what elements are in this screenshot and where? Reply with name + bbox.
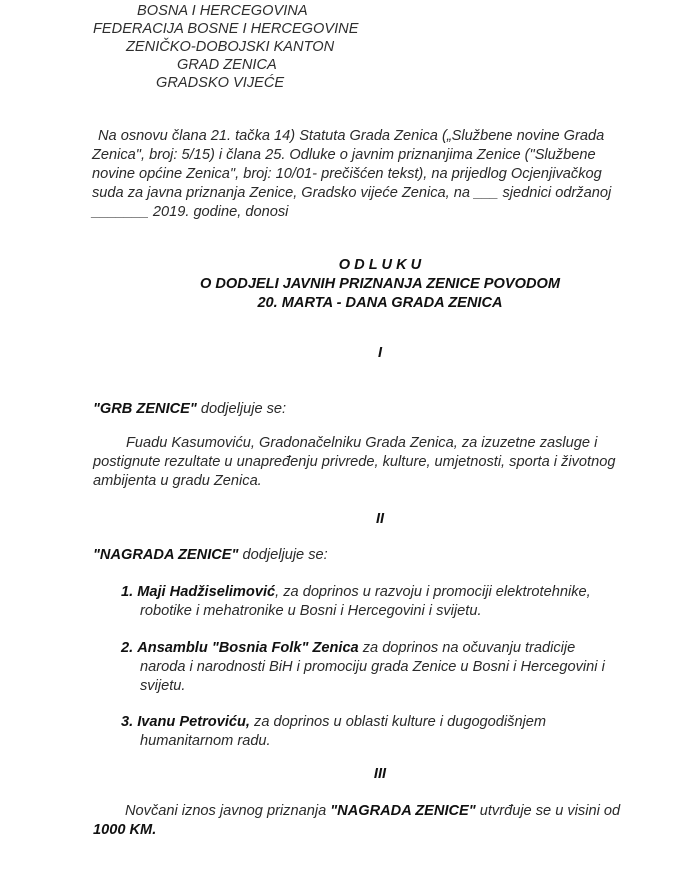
list-number: 3. bbox=[121, 714, 133, 730]
recipient-name: Ivanu Petroviću, bbox=[137, 714, 250, 730]
list-number: 2. bbox=[121, 640, 133, 656]
section-numeral: II bbox=[0, 511, 695, 527]
list-item-line: svijetu. bbox=[140, 677, 185, 696]
list-item-line: naroda i narodnosti BiH i promociju grad… bbox=[140, 658, 605, 677]
section-numeral: III bbox=[0, 766, 695, 782]
award-name: "GRB ZENICE" bbox=[93, 401, 197, 417]
list-item-line: humanitarnom radu. bbox=[140, 732, 271, 751]
award-heading: "GRB ZENICE" dodjeljuje se: bbox=[93, 400, 286, 419]
preamble-line: Na osnovu člana 21. tačka 14) Statuta Gr… bbox=[98, 127, 604, 146]
recipient-reason: , za doprinos u razvoju i promociji elek… bbox=[275, 584, 591, 600]
header-line-council: GRADSKO VIJEĆE bbox=[156, 74, 284, 93]
amount-text-before: Novčani iznos javnog priznanja bbox=[125, 803, 330, 819]
recipient-reason: za doprinos u oblasti kulture i dugogodi… bbox=[250, 714, 546, 730]
list-item-first-line: 1. Maji Hadžiselimović, za doprinos u ra… bbox=[121, 583, 591, 602]
award-text-line: postignute rezultate u unapređenju privr… bbox=[93, 453, 615, 472]
header-line-country: BOSNA I HERCEGOVINA bbox=[137, 2, 308, 21]
award-amount: 1000 KM. bbox=[93, 821, 156, 840]
preamble-line: Zenica", broj: 5/15) i člana 25. Odluke … bbox=[92, 146, 596, 165]
preamble-line: novine općine Zenica", broj: 10/01- preč… bbox=[92, 165, 602, 184]
title-occasion: 20. MARTA - DANA GRADA ZENICA bbox=[0, 294, 695, 314]
list-item-first-line: 3. Ivanu Petroviću, za doprinos u oblast… bbox=[121, 713, 546, 732]
list-item-line: robotike i mehatronike u Bosni i Hercego… bbox=[140, 602, 482, 621]
section-numeral: I bbox=[0, 345, 695, 361]
preamble-line: suda za javna priznanja Zenice, Gradsko … bbox=[92, 184, 611, 203]
recipient-name: Maji Hadžiselimović bbox=[137, 584, 275, 600]
recipient-reason: za doprinos na očuvanju tradicije bbox=[359, 640, 576, 656]
award-text-line: Fuadu Kasumoviću, Gradonačelniku Grada Z… bbox=[126, 434, 597, 453]
title-subject: O DODJELI JAVNIH PRIZNANJA ZENICE POVODO… bbox=[0, 275, 695, 295]
header-line-canton: ZENIČKO-DOBOJSKI KANTON bbox=[126, 38, 334, 57]
list-item-first-line: 2. Ansamblu "Bosnia Folk" Zenica za dopr… bbox=[121, 639, 575, 658]
award-text-line: ambijenta u gradu Zenica. bbox=[93, 472, 262, 491]
award-heading: "NAGRADA ZENICE" dodjeljuje se: bbox=[93, 546, 328, 565]
list-number: 1. bbox=[121, 584, 133, 600]
header-line-city: GRAD ZENICA bbox=[177, 56, 277, 75]
header-line-federation: FEDERACIJA BOSNE I HERCEGOVINE bbox=[93, 20, 358, 39]
award-name: "NAGRADA ZENICE" bbox=[93, 547, 238, 563]
award-name: "NAGRADA ZENICE" bbox=[330, 803, 475, 819]
title-odluku: O D L U K U bbox=[0, 256, 695, 276]
award-suffix: dodjeljuje se: bbox=[238, 547, 327, 563]
amount-sentence: Novčani iznos javnog priznanja "NAGRADA … bbox=[125, 802, 620, 821]
recipient-name: Ansamblu "Bosnia Folk" Zenica bbox=[137, 640, 358, 656]
preamble-line: _______ 2019. godine, donosi bbox=[92, 203, 288, 222]
award-suffix: dodjeljuje se: bbox=[197, 401, 286, 417]
amount-text-after: utvrđuje se u visini od bbox=[476, 803, 620, 819]
